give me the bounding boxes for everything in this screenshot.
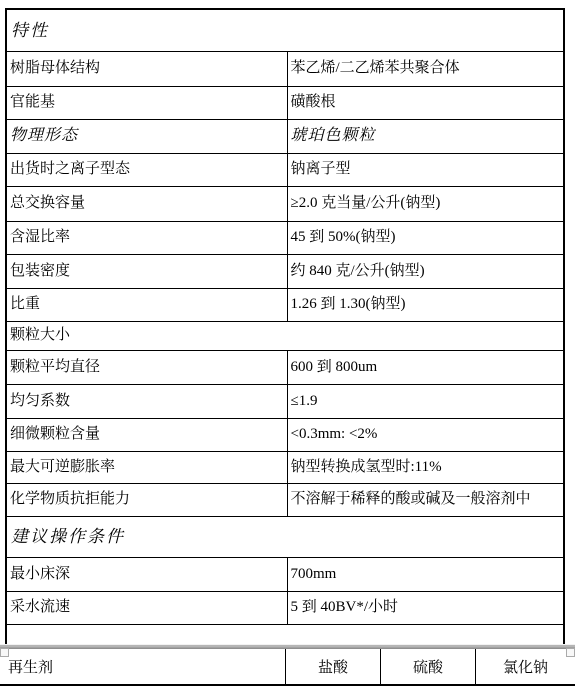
spec-value-specific-gravity: 1.26 到 1.30(钠型)	[287, 288, 564, 321]
regenerant-option-hcl: 盐酸	[285, 649, 380, 684]
spec-label-shipping-density: 包装密度	[6, 254, 287, 288]
spec-value-mean-diameter: 600 到 800um	[287, 350, 564, 384]
spec-value-ionic-form: 钠离子型	[287, 153, 564, 186]
spec-value-shipping-density: 约 840 克/公升(钠型)	[287, 254, 564, 288]
section-value-physical-form: 琥珀色颗粒	[287, 119, 564, 153]
spec-label-specific-gravity: 比重	[6, 288, 287, 321]
spec-value-service-flow-rate: 5 到 40BV*/小时	[287, 591, 564, 624]
section-header-characteristics: 特性	[6, 9, 564, 51]
spec-value-reversible-swelling: 钠型转换成氢型时:11%	[287, 451, 564, 483]
regenerant-table: 再生剂 盐酸 硫酸 氯化钠	[0, 649, 575, 686]
spec-value-matrix: 苯乙烯/二乙烯苯共聚合体	[287, 51, 564, 86]
spec-label-chemical-resistance: 化学物质抗拒能力	[6, 483, 287, 516]
spec-label-exchange-capacity: 总交换容量	[6, 186, 287, 221]
regenerant-option-nacl: 氯化钠	[475, 649, 575, 684]
spec-table: 特性 树脂母体结构 苯乙烯/二乙烯苯共聚合体 官能基 磺酸根 物理形态 琥珀色颗…	[5, 8, 565, 647]
spec-label-fines-content: 细微颗粒含量	[6, 418, 287, 451]
spec-label-ionic-form: 出货时之离子型态	[6, 153, 287, 186]
empty-row	[6, 624, 564, 646]
spec-label-functional-group: 官能基	[6, 86, 287, 119]
frame-divider	[0, 644, 575, 649]
spec-label-moisture: 含湿比率	[6, 221, 287, 254]
spec-label-matrix: 树脂母体结构	[6, 51, 287, 86]
spec-value-exchange-capacity: ≥2.0 克当量/公升(钠型)	[287, 186, 564, 221]
section-label-physical-form: 物理形态	[6, 119, 287, 153]
spec-value-functional-group: 磺酸根	[287, 86, 564, 119]
spec-label-uniformity-coefficient: 均匀系数	[6, 384, 287, 418]
spec-value-min-bed-depth: 700mm	[287, 557, 564, 591]
spec-label-service-flow-rate: 采水流速	[6, 591, 287, 624]
spec-label-min-bed-depth: 最小床深	[6, 557, 287, 591]
regenerant-option-h2so4: 硫酸	[380, 649, 475, 684]
document-page: 特性 树脂母体结构 苯乙烯/二乙烯苯共聚合体 官能基 磺酸根 物理形态 琥珀色颗…	[0, 0, 575, 694]
section-header-operating-conditions: 建议操作条件	[6, 516, 564, 557]
spec-value-fines-content: <0.3mm: <2%	[287, 418, 564, 451]
spec-value-chemical-resistance: 不溶解于稀释的酸或碱及一般溶剂中	[287, 483, 564, 516]
spec-label-mean-diameter: 颗粒平均直径	[6, 350, 287, 384]
subheader-particle-size: 颗粒大小	[6, 321, 564, 350]
spec-value-uniformity-coefficient: ≤1.9	[287, 384, 564, 418]
regenerant-label: 再生剂	[0, 649, 285, 684]
resize-handle-right[interactable]	[566, 648, 575, 657]
spec-label-reversible-swelling: 最大可逆膨胀率	[6, 451, 287, 483]
resize-handle-left[interactable]	[0, 648, 9, 657]
spec-value-moisture: 45 到 50%(钠型)	[287, 221, 564, 254]
